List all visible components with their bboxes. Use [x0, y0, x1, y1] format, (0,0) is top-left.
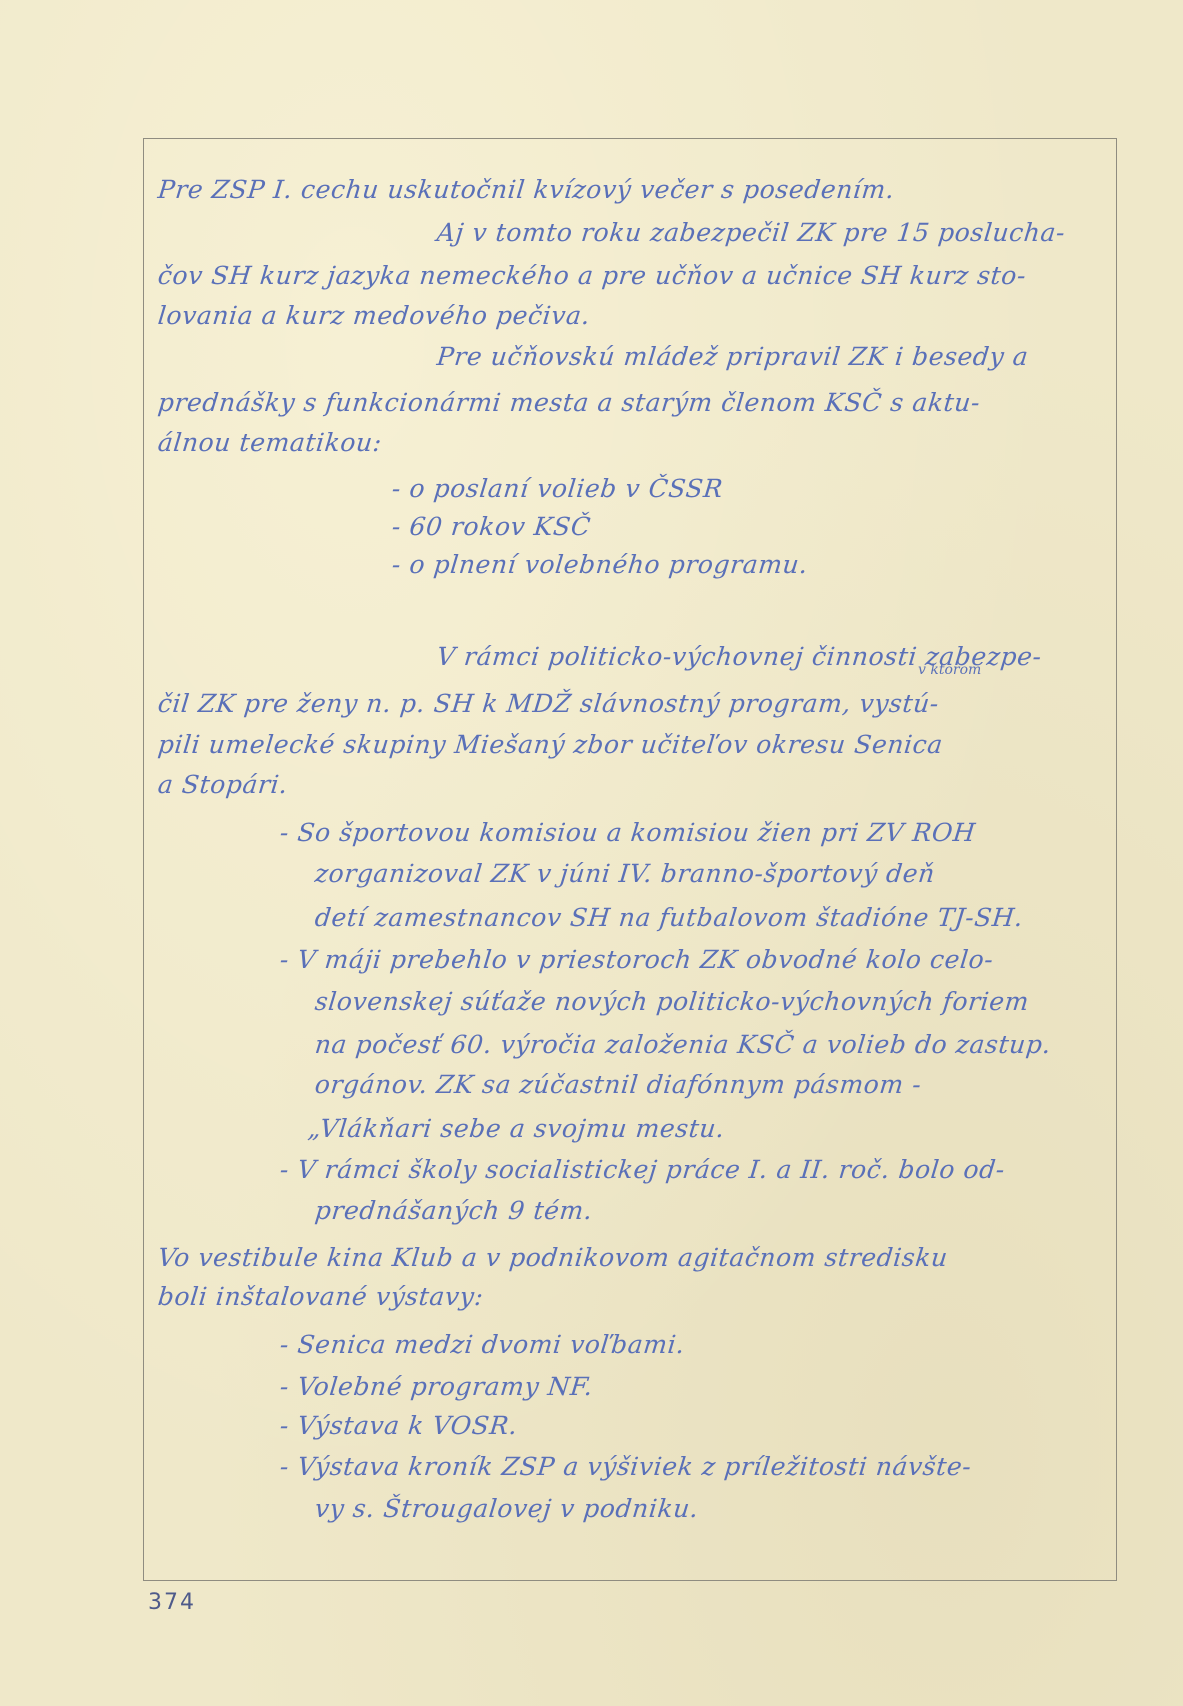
text-line: boli inštalované výstavy: [156, 1282, 485, 1311]
text-line: čil ZK pre ženy n. p. SH k MDŽ slávnostn… [156, 689, 940, 718]
text-line: zorganizoval ZK v júni IV. branno-športo… [313, 859, 936, 888]
text-line: prednášky s funkcionármi mesta a starým … [156, 388, 981, 417]
list-item: - 60 rokov KSČ [390, 512, 592, 541]
text-line: orgánov. ZK sa zúčastnil diafónnym pásmo… [313, 1070, 923, 1099]
list-item: - V rámci školy socialistickej práce I. … [278, 1155, 1006, 1184]
text-line: na počesť 60. výročia založenia KSČ a vo… [313, 1030, 1052, 1059]
text-line: prednášaných 9 tém. [313, 1196, 594, 1225]
list-item: - o poslaní volieb v ČSSR [390, 474, 724, 503]
text-line: Pre ZSP I. cechu uskutočnil kvízový veče… [156, 175, 896, 204]
text-line: lovania a kurz medového pečiva. [156, 301, 591, 330]
list-item: - Senica medzi dvomi voľbami. [278, 1330, 686, 1359]
text-line: Aj v tomto roku zabezpečil ZK pre 15 pos… [435, 218, 1066, 247]
page-number: 374 [148, 1590, 196, 1615]
text-line: detí zamestnancov SH na futbalovom štadi… [313, 903, 1024, 932]
list-item: - Výstava k VOSR. [278, 1411, 519, 1440]
text-line: slovenskej súťaže nových politicko-výcho… [313, 987, 1030, 1016]
text-line: a Stopári. [156, 770, 289, 799]
list-item: - Volebné programy NF. [278, 1372, 594, 1401]
list-item: - Výstava kroník ZSP a výšiviek z prílež… [278, 1452, 973, 1481]
text-line: Pre učňovskú mládež pripravil ZK i besed… [435, 342, 1030, 371]
insertion-note: v ktorom [918, 662, 981, 678]
text-line: čov SH kurz jazyka nemeckého a pre učňov… [156, 261, 1027, 290]
list-item: - So športovou komisiou a komisiou žien … [278, 818, 977, 847]
text-line: vy s. Štrougalovej v podniku. [313, 1494, 700, 1523]
list-item: - o plnení volebného programu. [390, 550, 809, 579]
text-line: álnou tematikou: [156, 428, 383, 457]
text-line: „Vlákňari sebe a svojmu mestu. [306, 1114, 726, 1143]
text-line: Vo vestibule kina Klub a v podnikovom ag… [156, 1243, 949, 1272]
text-line: pili umelecké skupiny Miešaný zbor učite… [156, 730, 944, 759]
list-item: - V máji prebehlo v priestoroch ZK obvod… [278, 945, 995, 974]
